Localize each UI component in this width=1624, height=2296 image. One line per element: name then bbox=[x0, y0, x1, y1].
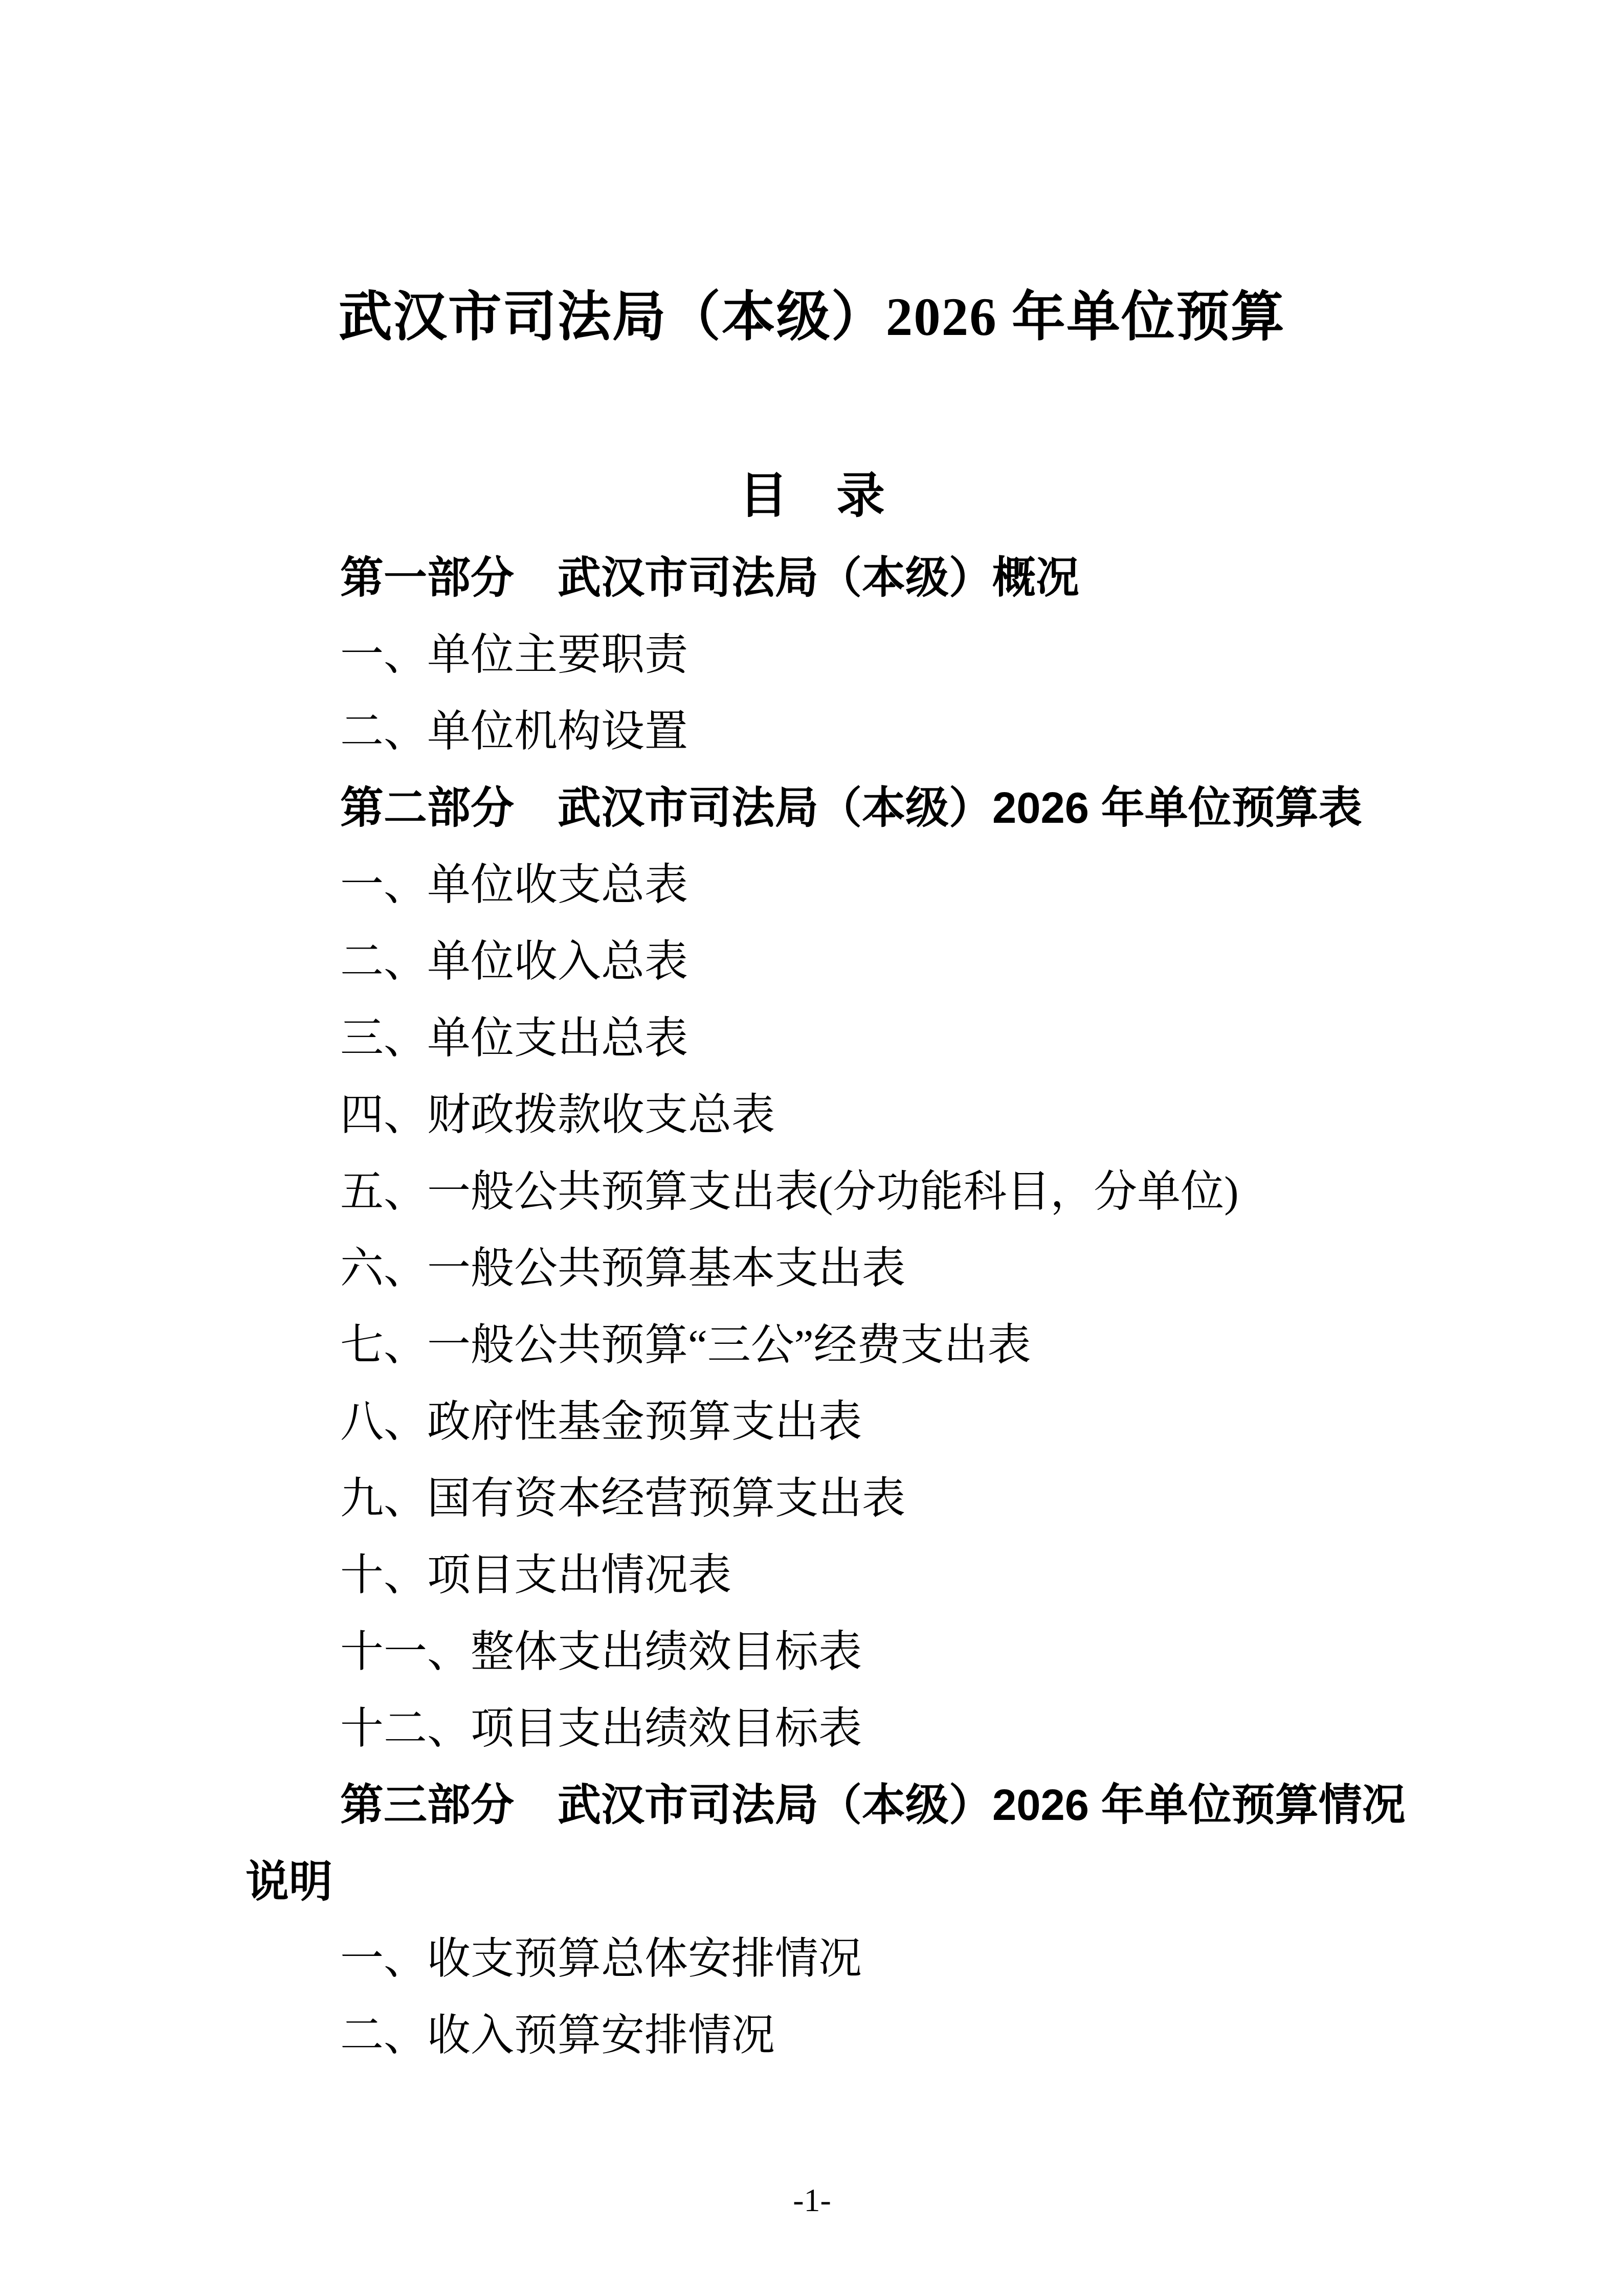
toc-item: 八、政府性基金预算支出表 bbox=[246, 1380, 1384, 1456]
toc-item: 二、收入预算安排情况 bbox=[246, 1993, 1384, 2070]
toc-item: 九、国有资本经营预算支出表 bbox=[246, 1456, 1384, 1533]
toc-item: 十二、项目支出绩效目标表 bbox=[246, 1686, 1384, 1763]
part1-heading: 第一部分 武汉市司法局（本级）概况 bbox=[246, 536, 1384, 613]
document-title: 武汉市司法局（本级）2026 年单位预算 bbox=[246, 279, 1378, 355]
toc-item: 一、单位收支总表 bbox=[246, 843, 1384, 919]
part2-heading: 第二部分 武汉市司法局（本级）2026 年单位预算表 bbox=[246, 766, 1384, 843]
toc-item: 六、一般公共预算基本支出表 bbox=[246, 1226, 1384, 1303]
toc-item: 四、财政拨款收支总表 bbox=[246, 1073, 1384, 1150]
toc-item: 七、一般公共预算“三公”经费支出表 bbox=[246, 1303, 1384, 1380]
toc-item: 一、单位主要职责 bbox=[246, 613, 1384, 689]
part3-heading-line2: 说明 bbox=[246, 1840, 1384, 1917]
toc-body: 第一部分 武汉市司法局（本级）概况 一、单位主要职责 二、单位机构设置 第二部分… bbox=[246, 536, 1384, 2070]
toc-item: 二、单位机构设置 bbox=[246, 689, 1384, 766]
toc-heading: 目 录 bbox=[246, 458, 1378, 534]
page-number: -1- bbox=[0, 2182, 1624, 2218]
toc-item: 十一、整体支出绩效目标表 bbox=[246, 1610, 1384, 1686]
document-page: 武汉市司法局（本级）2026 年单位预算 目 录 第一部分 武汉市司法局（本级）… bbox=[0, 0, 1624, 2296]
toc-item: 十、项目支出情况表 bbox=[246, 1533, 1384, 1610]
toc-item: 三、单位支出总表 bbox=[246, 996, 1384, 1073]
part3-heading-line1: 第三部分 武汉市司法局（本级）2026 年单位预算情况 bbox=[246, 1763, 1384, 1840]
toc-item: 五、一般公共预算支出表(分功能科目，分单位) bbox=[246, 1150, 1384, 1226]
toc-item: 一、收支预算总体安排情况 bbox=[246, 1917, 1384, 1993]
toc-item: 二、单位收入总表 bbox=[246, 919, 1384, 996]
